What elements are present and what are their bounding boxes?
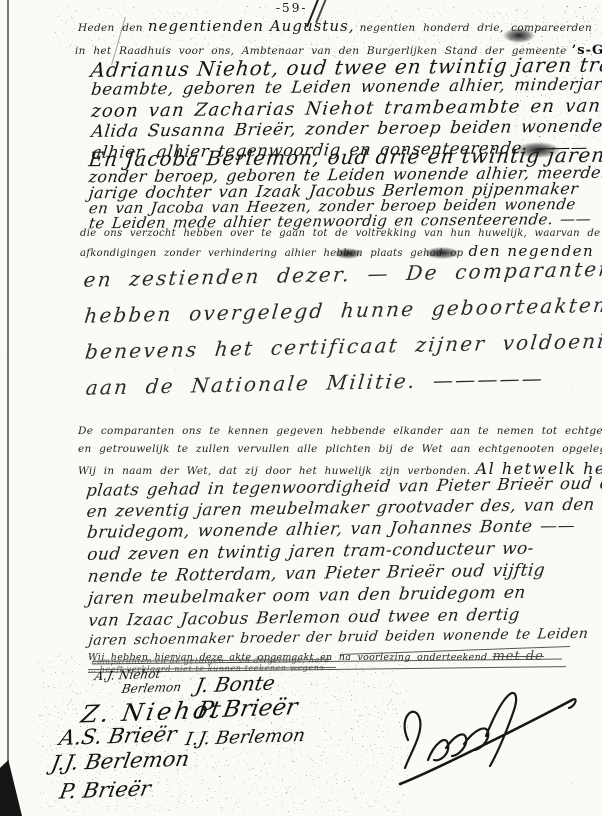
- vows-printed-1: De comparanten ons te kennen gegeven heb…: [78, 425, 602, 437]
- publication-printed-1: die ons verzocht hebben over te gaan tot…: [80, 228, 600, 239]
- bottom-left-ink-corner: [0, 760, 22, 816]
- intro-printed-1b: negentien honderd drie, compareerden: [360, 22, 593, 34]
- bride-line: te Leiden mede alhier tegenwoordig en co…: [88, 210, 602, 230]
- publication-handwritten-block: en zestienden dezer. — De comparanten he…: [81, 256, 602, 412]
- signature-as-brieer: A.S. Brieër: [57, 722, 178, 750]
- intro-printed-1a: Heden den: [78, 22, 143, 34]
- signature-p-brieer: P. Brieër: [195, 694, 299, 723]
- intro-line-1: Heden den negentienden Augustus, negenti…: [78, 16, 592, 35]
- vows-printed-3: Wij in naam der Wet, dat zij door het hu…: [78, 465, 470, 477]
- signature-p-brieer-2: P. Brieër: [58, 776, 153, 803]
- signature-jj-berlemon: J.J. Berlemon: [49, 747, 191, 776]
- signature-berlemon: Berlemon: [121, 680, 183, 696]
- bride-paragraph: En Jacoba Berlemon, oud drie en twintig …: [88, 143, 602, 230]
- vows-printed-2: en getrouwelijk te zullen vervullen alle…: [78, 443, 602, 455]
- official-signature: [392, 684, 587, 794]
- closing-struck-1: met de: [492, 649, 543, 664]
- document-page: -59- Heden den negentienden Augustus, ne…: [0, 0, 602, 816]
- page-number: -59-: [276, 1, 307, 15]
- intro-handwritten-date: negentienden Augustus,: [148, 17, 355, 35]
- binding-crease-line: [7, 0, 9, 816]
- signature-j-bonte: J. Bonte: [194, 671, 277, 698]
- publication-line-2: afkondigingen zonder verhindering alhier…: [80, 241, 594, 260]
- publication-printed-2: afkondigingen zonder verhindering alhier…: [80, 248, 463, 259]
- witnesses-paragraph: plaats gehad in tegenwoordigheid van Pie…: [85, 473, 602, 653]
- signature-ij-berlemon: I.J. Berlemon: [184, 725, 307, 750]
